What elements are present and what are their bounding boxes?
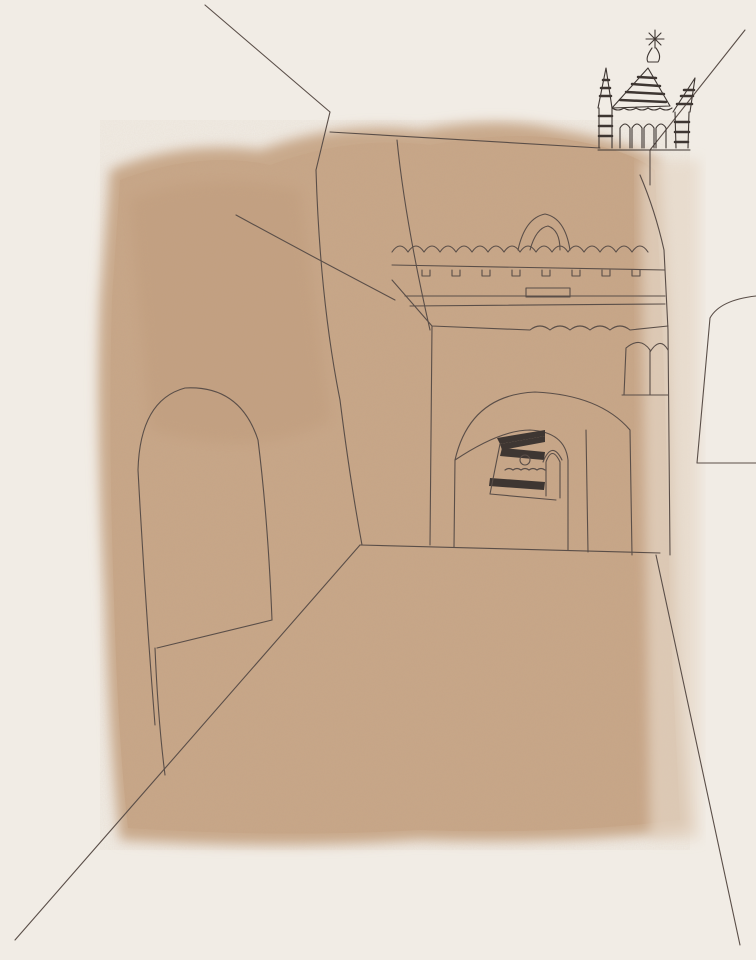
- left-facade: [236, 140, 430, 545]
- striped-interior[interactable]: [489, 430, 562, 500]
- domed-tower: [598, 30, 695, 150]
- central-archway: [454, 392, 632, 555]
- upper-right-wall: [622, 175, 670, 555]
- perspective-lines: [15, 5, 745, 945]
- pencil-drawing: [0, 0, 756, 960]
- left-arched-doorway: [138, 388, 272, 775]
- pointed-arch-window: [518, 214, 570, 250]
- right-edge-doorway: [697, 296, 756, 463]
- artwork-paper: [0, 0, 756, 960]
